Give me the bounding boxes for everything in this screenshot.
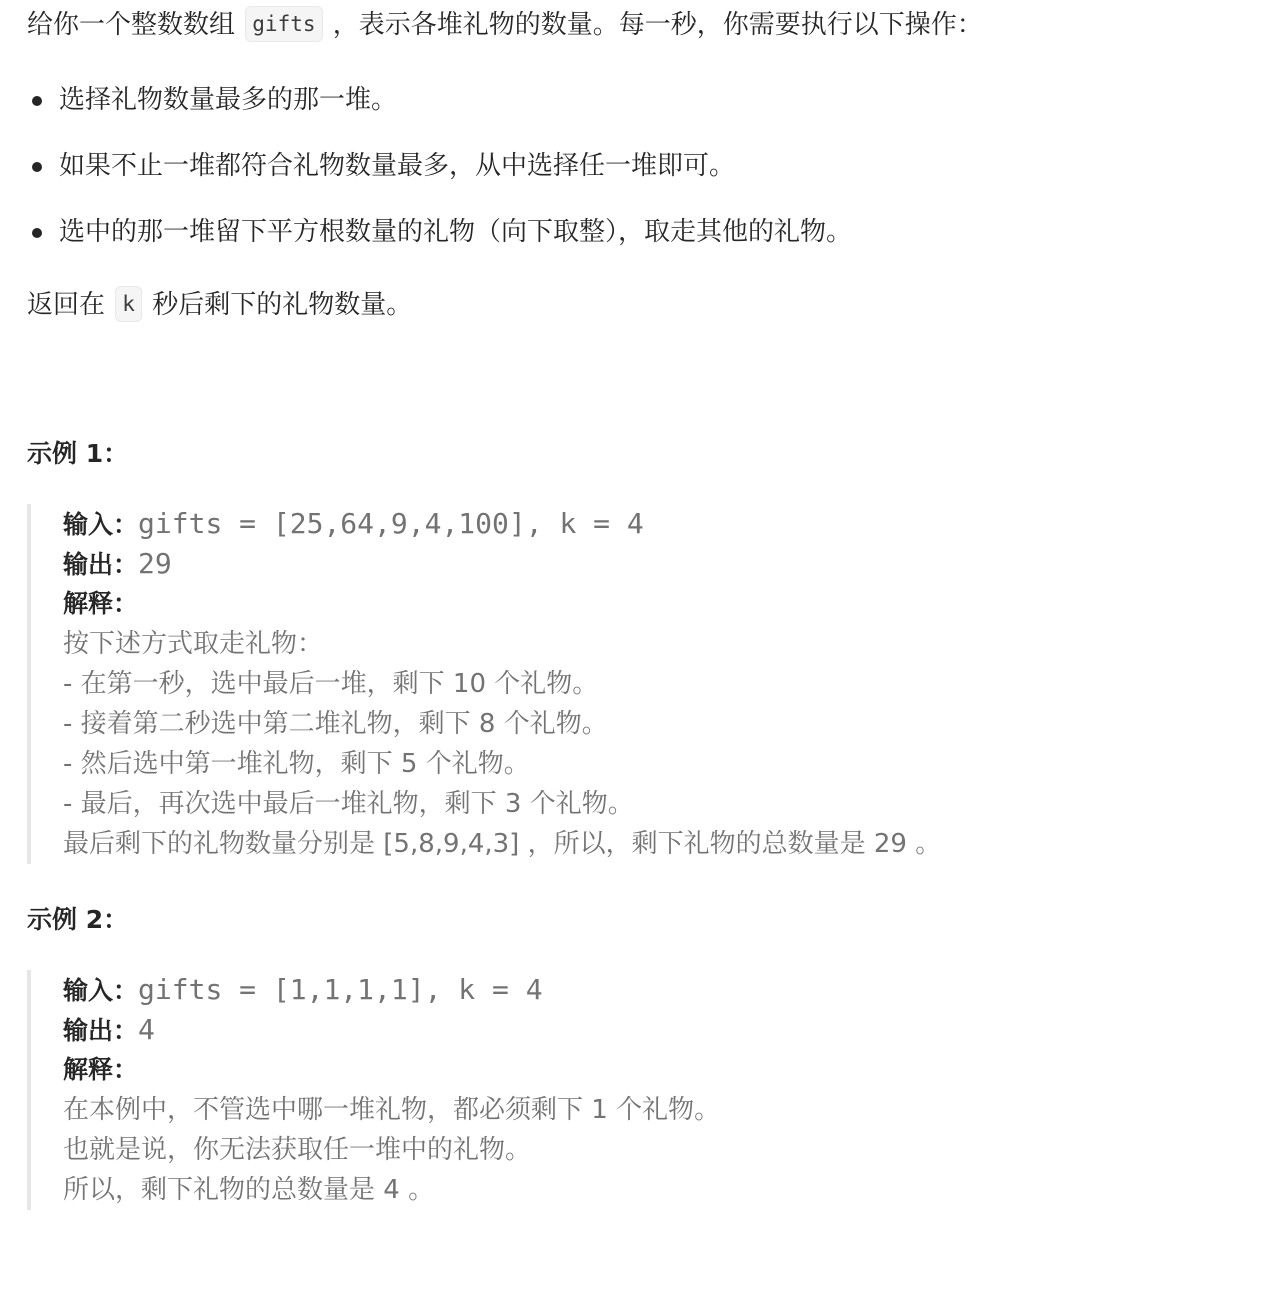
input-label: 输入： (63, 510, 138, 539)
bullet-icon (32, 228, 42, 238)
explanation-line: - 最后，再次选中最后一堆礼物，剩下 3 个礼物。 (63, 784, 1163, 824)
example-1-title: 示例 1： (27, 436, 128, 472)
explanation-line: 最后剩下的礼物数量分别是 [5,8,9,4,3] ，所以，剩下礼物的总数量是 2… (63, 824, 1163, 864)
example-1-output: 输出：29 (63, 544, 1163, 584)
bullet-icon (32, 96, 42, 106)
explanation-line: 在本例中，不管选中哪一堆礼物，都必须剩下 1 个礼物。 (63, 1090, 1163, 1130)
example-1-block: 输入：gifts = [25,64,9,4,100], k = 4 输出：29 … (27, 504, 1163, 864)
example-2-title: 示例 2： (27, 902, 128, 938)
explanation-line: - 然后选中第一堆礼物，剩下 5 个礼物。 (63, 744, 1163, 784)
code-gifts: gifts (245, 6, 322, 42)
example-2-block: 输入：gifts = [1,1,1,1], k = 4 输出：4 解释： 在本例… (27, 970, 1163, 1210)
example-1-input: 输入：gifts = [25,64,9,4,100], k = 4 (63, 504, 1163, 544)
list-item-text: 选择礼物数量最多的那一堆。 (59, 85, 397, 115)
operations-list: 选择礼物数量最多的那一堆。 如果不止一堆都符合礼物数量最多，从中选择任一堆即可。… (27, 78, 852, 276)
input-label: 输入： (63, 976, 138, 1005)
return-suffix: 秒后剩下的礼物数量。 (152, 290, 412, 320)
list-item: 如果不止一堆都符合礼物数量最多，从中选择任一堆即可。 (27, 144, 852, 210)
output-label: 输出： (63, 1016, 138, 1045)
input-value: gifts = [25,64,9,4,100], k = 4 (138, 507, 644, 540)
explanation-line: 按下述方式取走礼物： (63, 624, 1163, 664)
explanation-line: - 接着第二秒选中第二堆礼物，剩下 8 个礼物。 (63, 704, 1163, 744)
code-k: k (115, 286, 142, 322)
return-prefix: 返回在 (27, 290, 105, 320)
example-2-input: 输入：gifts = [1,1,1,1], k = 4 (63, 970, 1163, 1010)
list-item-text: 选中的那一堆留下平方根数量的礼物（向下取整），取走其他的礼物。 (59, 217, 852, 247)
output-label: 输出： (63, 550, 138, 579)
output-value: 4 (138, 1013, 155, 1046)
intro-prefix: 给你一个整数数组 (27, 10, 235, 40)
explanation-label: 解释： (63, 1055, 138, 1084)
list-item-text: 如果不止一堆都符合礼物数量最多，从中选择任一堆即可。 (59, 151, 735, 181)
list-item: 选择礼物数量最多的那一堆。 (27, 78, 852, 144)
explanation-line: 所以，剩下礼物的总数量是 4 。 (63, 1170, 1163, 1210)
input-value: gifts = [1,1,1,1], k = 4 (138, 973, 543, 1006)
intro-paragraph: 给你一个整数数组 gifts ，表示各堆礼物的数量。每一秒，你需要执行以下操作： (27, 5, 983, 45)
list-item: 选中的那一堆留下平方根数量的礼物（向下取整），取走其他的礼物。 (27, 210, 852, 276)
example-2-explanation-label: 解释： (63, 1050, 1163, 1090)
output-value: 29 (138, 547, 172, 580)
explanation-line: - 在第一秒，选中最后一堆，剩下 10 个礼物。 (63, 664, 1163, 704)
explanation-label: 解释： (63, 589, 138, 618)
bullet-icon (32, 162, 42, 172)
explanation-line: 也就是说，你无法获取任一堆中的礼物。 (63, 1130, 1163, 1170)
return-statement: 返回在 k 秒后剩下的礼物数量。 (27, 285, 412, 325)
intro-suffix: ，表示各堆礼物的数量。每一秒，你需要执行以下操作： (333, 10, 983, 40)
example-2-output: 输出：4 (63, 1010, 1163, 1050)
example-1-explanation-label: 解释： (63, 584, 1163, 624)
